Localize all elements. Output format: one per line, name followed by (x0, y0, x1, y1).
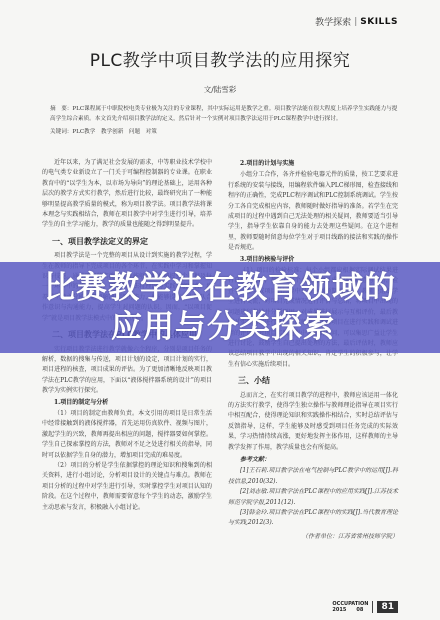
intro-paragraph: 近年以来，为了满足社会发展的需求，中等职业技术学校中的电气类专业新设立了一门关于… (42, 158, 212, 231)
overlay-title-line-1: 比赛教学法在教育领域的 (44, 269, 396, 308)
subsection-2-body: 小组分工合作，各齐并检验电器元件的质量，按工艺要求进行系统的安装与接线，用编程软… (228, 170, 398, 253)
publication-issue: 08 (356, 607, 363, 613)
section-3-body: 总而言之，在实行项目教学的进程中，教师应该运用一体化的方法实行教学，使得学生独立… (228, 391, 398, 453)
page-header: 教学探索 | SKILLS (315, 15, 398, 28)
subsection-heading-1: 1.项目的制定与分析 (54, 398, 212, 408)
subsection-1-para-2: （2）项目的分析是学生依据掌控的理论知识和搜集到的相关资料，进行小组讨论，分析项… (42, 461, 212, 513)
section-heading-1: 一、项目教学法定义的界定 (52, 237, 212, 247)
section-heading-3: 三、小结 (238, 376, 398, 386)
author-unit: （作者单位：江苏省常州技师学院） (228, 532, 398, 542)
overlay-title-line-2: 应用与分类探索 (111, 308, 335, 347)
title-overlay-banner: 比赛教学法在教育领域的 应用与分类探索 (0, 262, 440, 353)
publication-year: 2015 (332, 607, 346, 613)
reference-item: [2]刘志敏.项目教学法在PLC课程中的应用实践[J].江苏技术师范学院学报,2… (228, 487, 398, 508)
abstract-block: 摘 要：PLC课程属于中职院校电类专业极为关注的专业课程，其中实际运用是教学之重… (50, 104, 400, 137)
article-title: PLC教学中项目教学法的应用探究 (0, 46, 440, 71)
publication-info: OCCUPATION 2015 08 (332, 601, 368, 613)
section-label: 教学探索 (315, 15, 351, 28)
page-number: 81 (377, 601, 398, 613)
keywords: 关键词：PLC教学 教学创新 问题 对策 (50, 127, 400, 137)
brand-label: SKILLS (360, 17, 398, 27)
subsection-1-para-1: （1）项目的制定由教师负责。本文引用的项目是日常生活中经常接触到的液体搅拌器，首… (42, 409, 212, 461)
page-footer: OCCUPATION 2015 08 81 (332, 601, 398, 613)
reference-item: [1]王石莉.项目教学法在电气控制与PLC教学中的运用[J].科技信息,2010… (228, 466, 398, 487)
header-separator: | (354, 17, 357, 27)
subsection-heading-2: 2.项目的计划与实施 (240, 159, 398, 169)
article-author: 文/陆雪彩 (0, 84, 440, 95)
magazine-page: 教学探索 | SKILLS PLC教学中项目教学法的应用探究 文/陆雪彩 摘 要… (0, 0, 440, 620)
reference-item: [3]韩金玲.项目教学法在PLC课程中的实践[J].当代教育理论与实践,2012… (228, 508, 398, 529)
abstract-text: 摘 要：PLC课程属于中职院校电类专业极为关注的专业课程，其中实际运用是教学之重… (50, 104, 400, 124)
references-heading: 参考文献： (240, 455, 398, 465)
footer-divider (372, 601, 373, 613)
